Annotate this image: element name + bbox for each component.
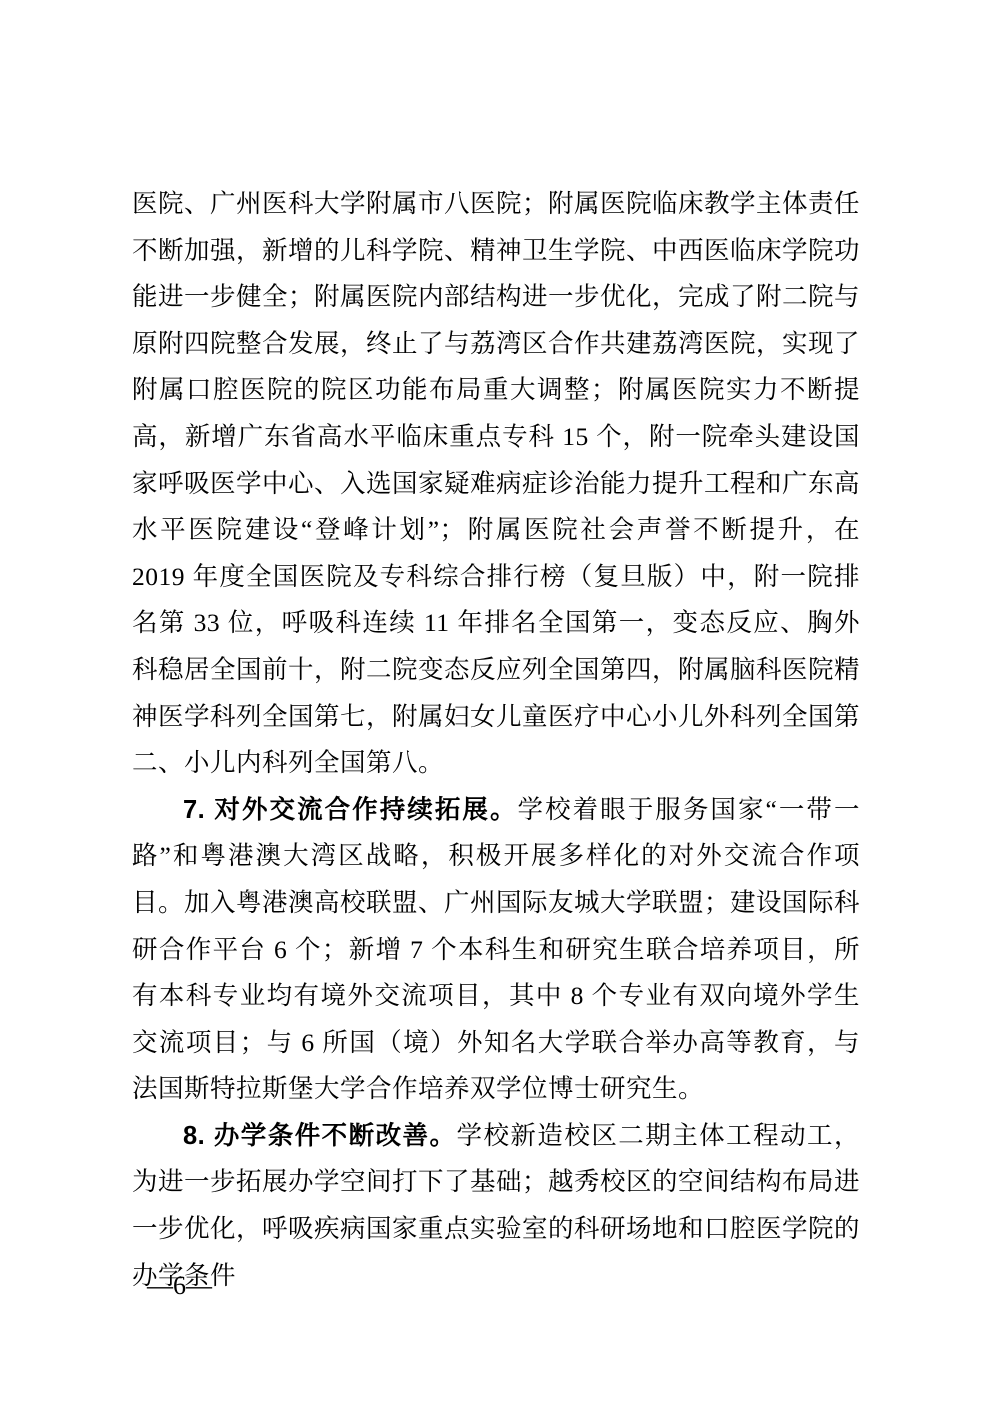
paragraph-text: 医院、广州医科大学附属市八医院；附属医院临床教学主体责任不断加强，新增的儿科学院… [132, 189, 860, 777]
page-number: —6— [147, 1269, 212, 1303]
section-8-heading: 8. 办学条件不断改善。 [183, 1122, 457, 1150]
section-7-heading: 7. 对外交流合作持续拓展。 [183, 796, 518, 824]
paragraph-affiliated-hospitals: 医院、广州医科大学附属市八医院；附属医院临床教学主体责任不断加强，新增的儿科学院… [132, 181, 860, 787]
paragraph-text: 学校着眼于服务国家“一带一路”和粤港澳大湾区战略，积极开展多样化的对外交流合作项… [132, 795, 860, 1104]
paragraph-section-8: 8. 办学条件不断改善。学校新造校区二期主体工程动工，为进一步拓展办学空间打下了… [132, 1113, 860, 1299]
paragraph-section-7: 7. 对外交流合作持续拓展。学校着眼于服务国家“一带一路”和粤港澳大湾区战略，积… [132, 787, 860, 1113]
document-body: 医院、广州医科大学附属市八医院；附属医院临床教学主体责任不断加强，新增的儿科学院… [132, 181, 860, 1299]
document-page: 医院、广州医科大学附属市八医院；附属医院临床教学主体责任不断加强，新增的儿科学院… [0, 0, 991, 1403]
